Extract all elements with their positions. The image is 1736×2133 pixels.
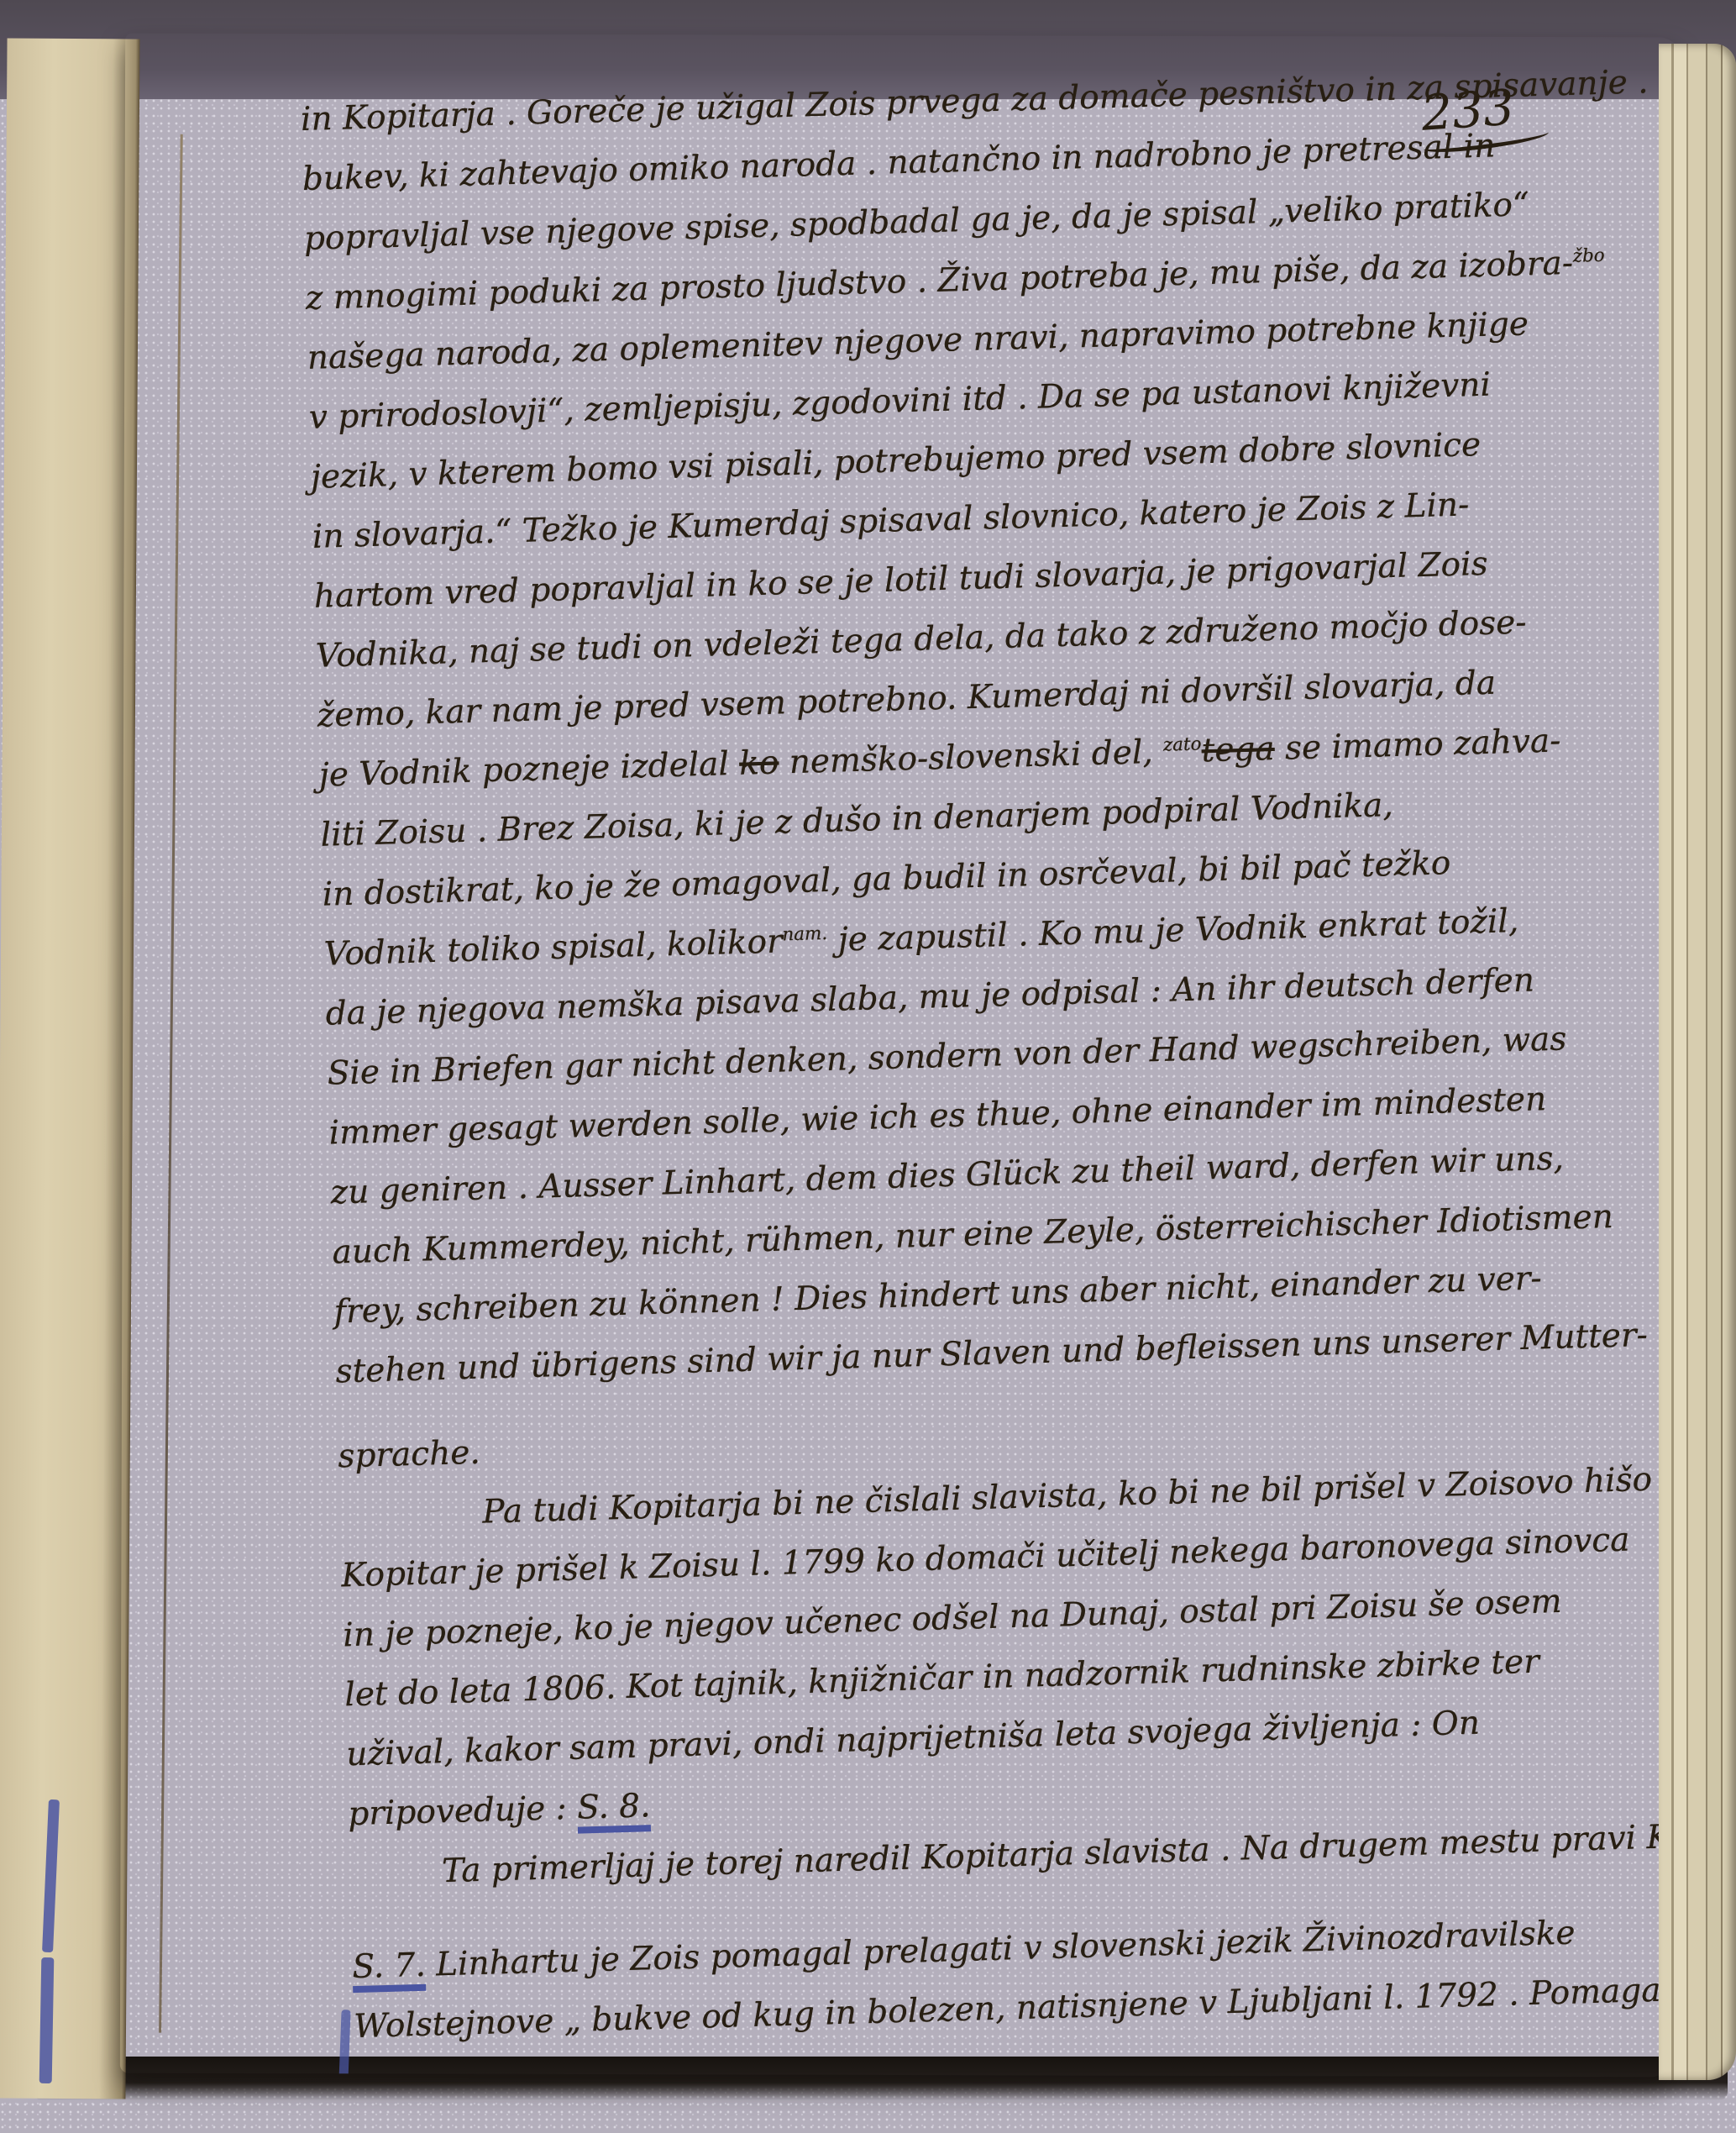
- manuscript-photo: 233 in Kopitarja . Goreče je užigal Zois…: [0, 0, 1736, 2133]
- text-segment: je Vodnik pozneje izdelal: [318, 745, 740, 795]
- blue-underlined-text: S. 8.: [577, 1789, 652, 1833]
- text-segment: tega: [1201, 730, 1275, 770]
- blue-pencil-margin-mark: [39, 1957, 55, 2083]
- blue-pencil-mark: [338, 2010, 350, 2077]
- text-segment: Vodnik toliko spisal, kolikor: [323, 922, 783, 973]
- text-segment: nemško-slovenski del,: [779, 733, 1164, 782]
- handwritten-text: in Kopitarja . Goreče je užigal Zois prv…: [300, 48, 1681, 2057]
- page-stack-edge: [1659, 44, 1736, 2080]
- text-segment: ko: [739, 743, 779, 782]
- text-segment: nam.: [782, 923, 827, 945]
- gutter-thread: [159, 134, 183, 2033]
- text-segment: sprache.: [338, 1434, 481, 1476]
- blue-underlined-text: S. 7.: [352, 1949, 427, 1993]
- text-segment: pripoveduje :: [348, 1789, 578, 1834]
- text-segment: zato: [1163, 733, 1202, 755]
- manuscript-page: 233 in Kopitarja . Goreče je užigal Zois…: [120, 34, 1681, 2078]
- text-segment: se imamo zahva-: [1274, 722, 1561, 767]
- text-segment: žbo: [1572, 245, 1605, 267]
- facing-page-edge: [0, 38, 140, 2099]
- text-segment: je zapustil . Ko mu je Vodnik enkrat tož…: [827, 902, 1519, 959]
